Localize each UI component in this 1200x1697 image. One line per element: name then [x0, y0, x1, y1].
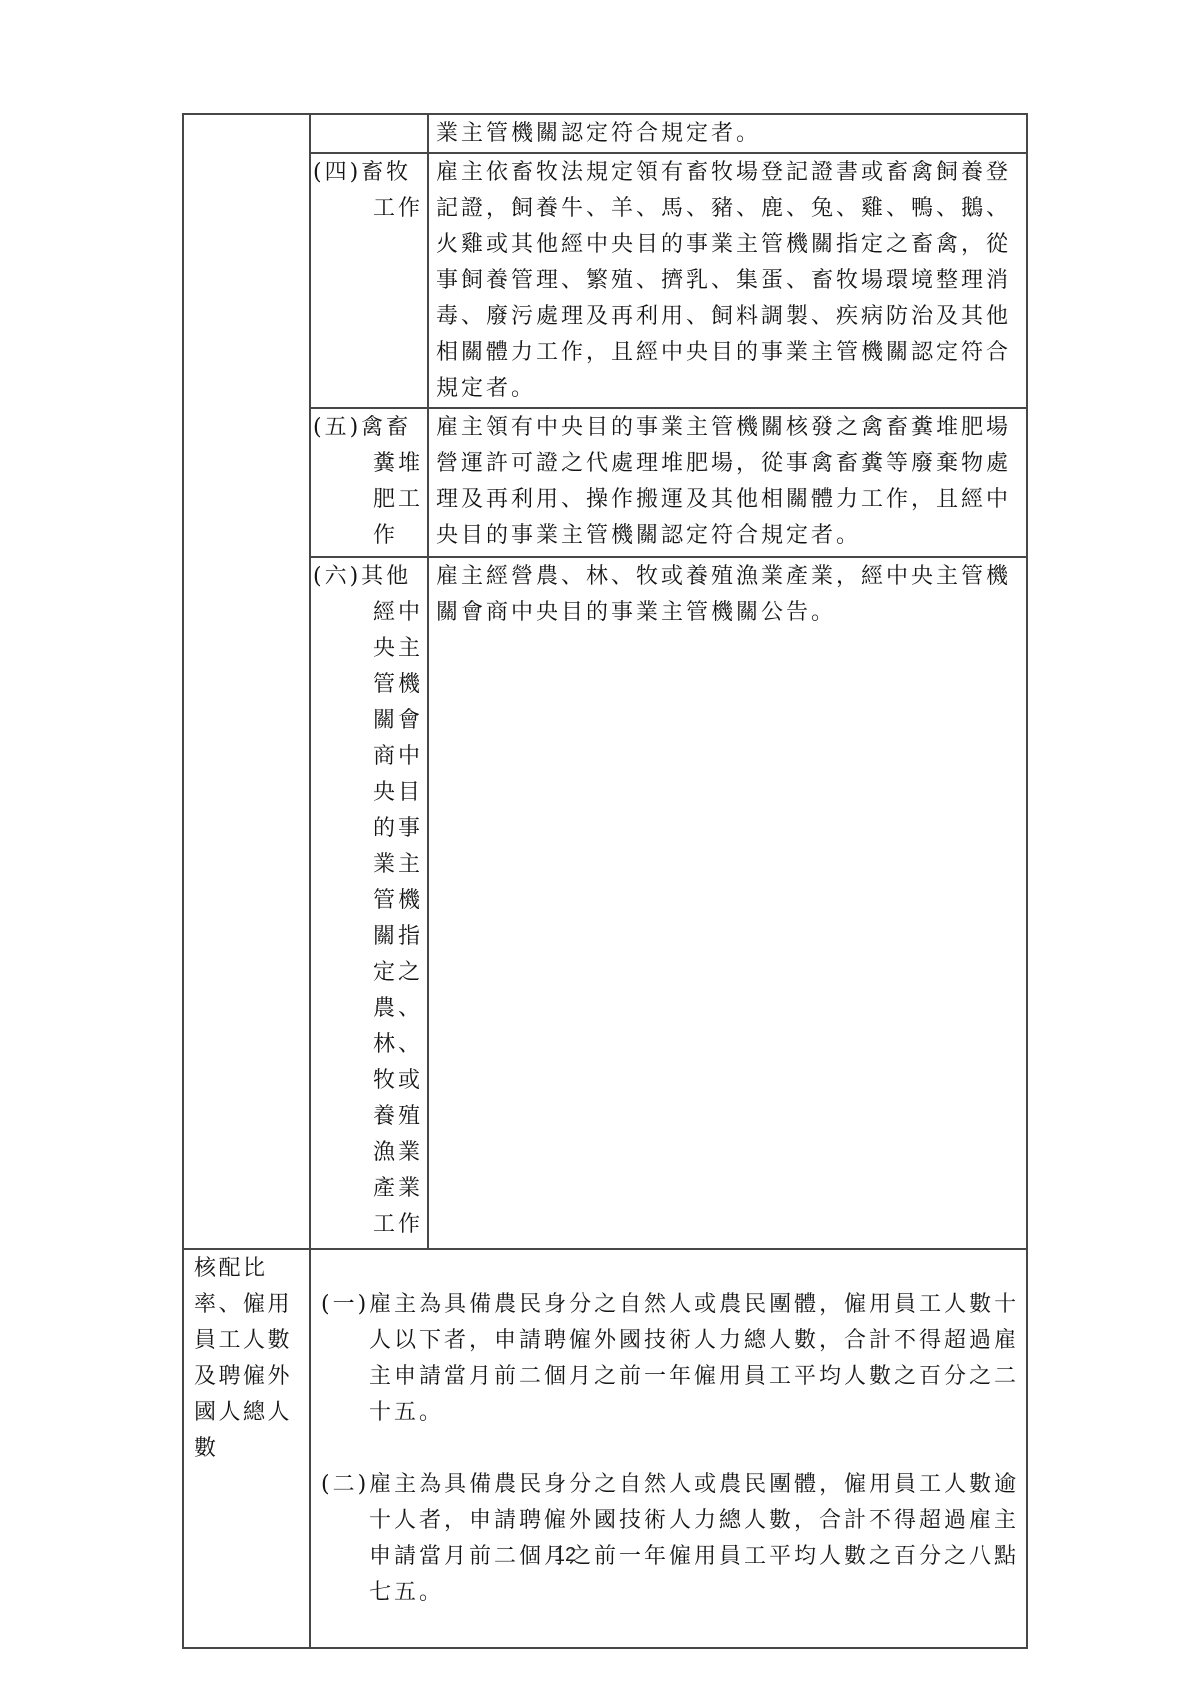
- content-cell-4-livestock-work: 雇主依畜牧法規定領有畜牧場登記證書或畜禽飼養登 記證，飼養牛、羊、馬、豬、鹿、兔…: [428, 153, 1027, 408]
- table-row-item-5: (五)禽畜 糞堆 肥工 作 雇主領有中央目的事業主管機關核發之禽畜糞堆肥場 營運…: [183, 408, 1027, 557]
- content-cell-continued: 業主管機關認定符合規定者。: [428, 114, 1027, 153]
- sublabel-cell-6-other-designated-work: (六)其他 經中 央主 管機 關會 商中 央目 的事 業主 管機 關指 定之 農…: [310, 557, 428, 1249]
- table-row-item-6: (六)其他 經中 央主 管機 關會 商中 央目 的事 業主 管機 關指 定之 農…: [183, 557, 1027, 1249]
- page-number: 12: [0, 1544, 1130, 1567]
- content-cell-quota: (一)雇主為具備農民身分之自然人或農民團體，僱用員工人數十 人以下者，申請聘僱外…: [310, 1249, 1027, 1648]
- category-cell-empty: [183, 114, 310, 1249]
- content-cell-6-other-designated-work: 雇主經營農、林、牧或養殖漁業產業，經中央主管機 關會商中央目的事業主管機關公告。: [428, 557, 1027, 1249]
- content-cell-5-manure-compost-work: 雇主領有中央目的事業主管機關核發之禽畜糞堆肥場 營運許可證之代處理堆肥場，從事禽…: [428, 408, 1027, 557]
- category-cell-quota-ratio: 核配比 率、僱用 員工人數 及聘僱外 國人總人 數: [183, 1249, 310, 1648]
- sublabel-cell-4-livestock-work: (四)畜牧 工作: [310, 153, 428, 408]
- document-page: 業主管機關認定符合規定者。 (四)畜牧 工作 雇主依畜牧法規定領有畜牧場登記證書…: [0, 0, 1200, 1697]
- sublabel-cell-5-manure-compost-work: (五)禽畜 糞堆 肥工 作: [310, 408, 428, 557]
- table-row-item-4: (四)畜牧 工作 雇主依畜牧法規定領有畜牧場登記證書或畜禽飼養登 記證，飼養牛、…: [183, 153, 1027, 408]
- table-row-continued: 業主管機關認定符合規定者。: [183, 114, 1027, 153]
- sublabel-cell-continued: [310, 114, 428, 153]
- regulation-table: 業主管機關認定符合規定者。 (四)畜牧 工作 雇主依畜牧法規定領有畜牧場登記證書…: [182, 113, 1028, 1649]
- quota-item-1: (一)雇主為具備農民身分之自然人或農民團體，僱用員工人數十 人以下者，申請聘僱外…: [321, 1287, 1022, 1431]
- quota-item-2: (二)雇主為具備農民身分之自然人或農民團體，僱用員工人數逾 十人者，申請聘僱外國…: [321, 1467, 1022, 1611]
- table-row-quota: 核配比 率、僱用 員工人數 及聘僱外 國人總人 數 (一)雇主為具備農民身分之自…: [183, 1249, 1027, 1648]
